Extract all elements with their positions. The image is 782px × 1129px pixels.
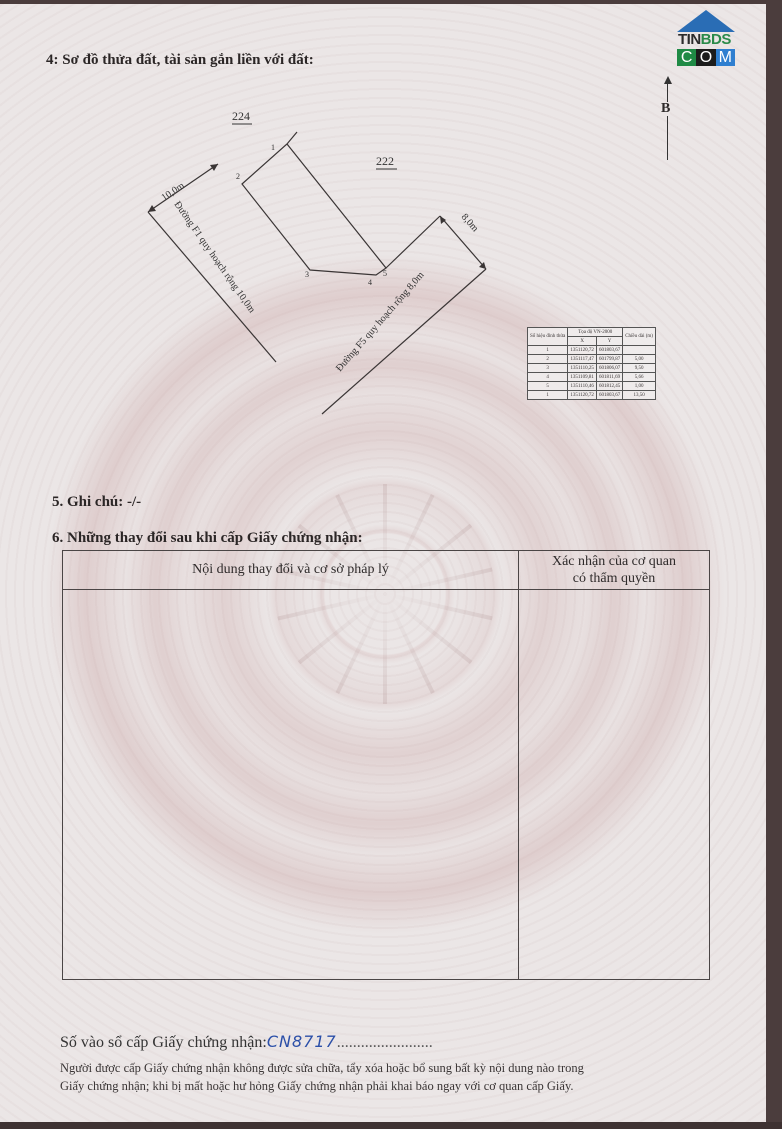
certificate-page: 4: Sơ đồ thửa đất, tài sản gắn liền với … [0, 4, 766, 1122]
point-5: 5 [383, 269, 387, 278]
neighbor-parcel-222: 222 [376, 154, 394, 168]
table-row: 31351110,25601806,079,50 [528, 364, 656, 373]
table-row: 11351120,72601803,6713,50 [528, 391, 656, 400]
f1-width-label: 10,0m [160, 180, 187, 203]
register-number-label: Số vào sổ cấp Giấy chứng nhận: [60, 1034, 267, 1051]
section-5-note: 5. Ghi chú: -/- [52, 494, 141, 511]
point-1: 1 [271, 143, 275, 152]
legal-notice: Người được cấp Giấy chứng nhận không đượ… [60, 1059, 720, 1095]
point-2: 2 [236, 172, 240, 181]
column-header-change-content: Nội dung thay đổi và cơ sở pháp lý [63, 551, 518, 589]
parcel-boundary [242, 132, 386, 275]
road-f1-edge [148, 212, 276, 362]
register-number-value: CN8717 [267, 1032, 337, 1051]
page-edge-background [766, 0, 782, 1129]
dimension-arrowhead [210, 164, 218, 171]
point-3: 3 [305, 270, 309, 279]
section-6-title: 6. Những thay đổi sau khi cấp Giấy chứng… [52, 530, 363, 547]
page-bottom-background [0, 1122, 782, 1129]
neighbor-parcel-224: 224 [232, 109, 250, 123]
table-row: 21351117,47601799,875,00 [528, 355, 656, 364]
road-f5-label: Đường F5 quy hoạch rộng 8,0m [334, 270, 427, 374]
dimension-arrowhead [440, 216, 446, 224]
dimension-arrowhead [148, 205, 156, 212]
parcel-edge-5 [386, 216, 440, 268]
register-number-line: Số vào sổ cấp Giấy chứng nhận:CN8717....… [60, 1032, 433, 1052]
table-row: 51351110,46601812,451,00 [528, 382, 656, 391]
point-4: 4 [368, 278, 372, 287]
changes-table: Nội dung thay đổi và cơ sở pháp lý Xác n… [62, 550, 710, 980]
road-f1-label: Đường F1 quy hoạch rộng 10,0m [172, 199, 258, 315]
column-header-authority-confirmation: Xác nhận của cơ quan có thẩm quyền [519, 553, 709, 589]
f5-width-label: 8,0m [459, 212, 481, 235]
f5-dimension-line [440, 216, 486, 269]
change-content-cell [63, 590, 518, 978]
table-row: 41351109,81601811,695,66 [528, 373, 656, 382]
parcel-diagram: 224 222 1 2 3 4 5 10,0m 8,0m Đường F1 qu… [0, 4, 766, 474]
table-row: 11351120,72601803,67 [528, 346, 656, 355]
vertex-coordinates-table: Số hiệu đỉnh thửa Tọa độ VN-2000 Chiều d… [527, 327, 656, 400]
authority-confirmation-cell [519, 590, 709, 978]
